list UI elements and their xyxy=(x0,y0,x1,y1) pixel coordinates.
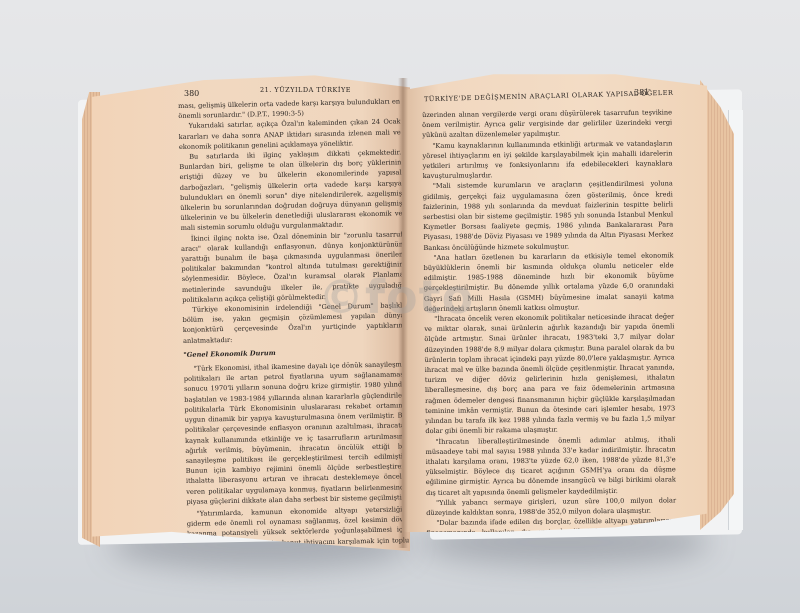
paragraph: Bu satırlarda iki ilginç yaklaşım dikkat… xyxy=(179,147,403,233)
running-header: 21. YÜZYILDA TÜRKİYE xyxy=(260,86,351,94)
page-number: 381 xyxy=(634,88,649,97)
paragraph: Yukarıdaki satırlar, açıkça Özal'ın kale… xyxy=(178,117,401,152)
page-number: 380 xyxy=(184,89,199,98)
quoted-paragraph: "Türk Ekonomisi, ithal ikamesine dayalı … xyxy=(184,359,409,506)
quoted-paragraph: üzerinden alınan vergilerde vergi oranı … xyxy=(422,107,672,140)
quoted-paragraph: "Yıllık yabancı sermaye girişleri, uzun … xyxy=(426,495,676,518)
quoted-paragraph: "İhracata öncelik veren ekonomik politik… xyxy=(424,311,675,436)
section-heading: "Genel Ekonomik Durum xyxy=(183,345,405,360)
quoted-paragraph: "Kamu kaynaklarının kullanımında etkinli… xyxy=(422,138,672,181)
quoted-paragraph: "İhracatın liberalleştirilmesinde önemli… xyxy=(425,434,676,498)
quoted-paragraph: "Mali sistemde kurumların ve araçların ç… xyxy=(423,179,674,253)
watermark: ©foto xyxy=(318,270,474,324)
